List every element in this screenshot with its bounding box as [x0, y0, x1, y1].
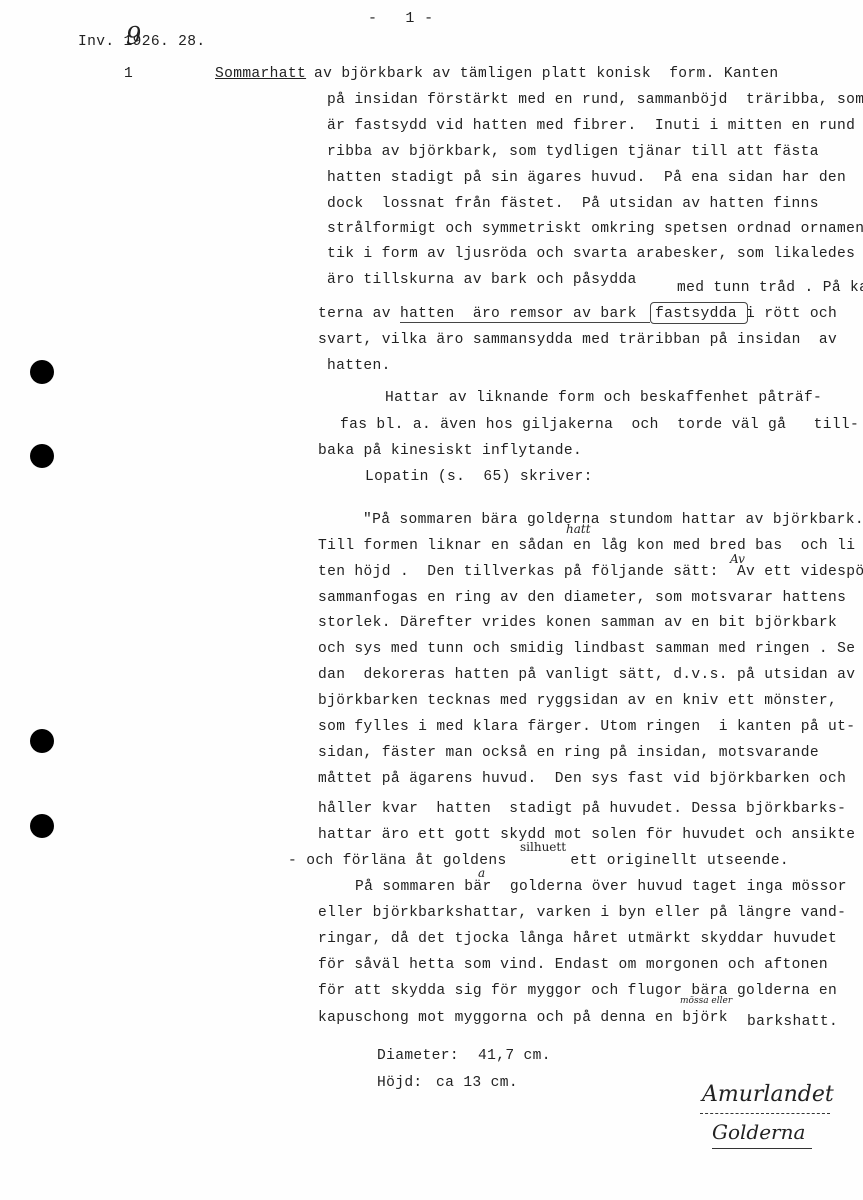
punch-hole-3	[30, 729, 54, 753]
fastsydda-box	[650, 302, 748, 324]
text-line: hatten.	[327, 357, 391, 375]
text-line: dan dekoreras hatten på vanligt sätt, d.…	[318, 666, 855, 684]
height-value: ca 13 cm.	[436, 1074, 518, 1092]
text-line: och sys med tunn och smidig lindbast sam…	[318, 640, 855, 658]
text-line: är fastsydd vid hatten med fibrer. Inuti…	[327, 117, 855, 135]
text-line: för såväl hetta som vind. Endast om morg…	[318, 956, 828, 974]
text-line: ribba av björkbark, som tydligen tjänar …	[327, 143, 819, 161]
text-line: hatten stadigt på sin ägares huvud. På e…	[327, 169, 846, 187]
text-line: På sommaren bär golderna över huvud tage…	[355, 878, 847, 896]
text-line: kapuschong mot myggorna och på denna en …	[318, 1009, 728, 1027]
item-title: Sommarhatt	[215, 65, 306, 83]
diameter-value: 41,7 cm.	[478, 1047, 551, 1065]
annotation-a: a	[478, 866, 485, 880]
text-line: sammanfogas en ring av den diameter, som…	[318, 589, 846, 607]
signature-amurlandet: Amurlandet	[702, 1082, 834, 1107]
text-line: håller kvar hatten stadigt på huvudet. D…	[318, 800, 846, 818]
text-line: - och förläna åt goldens ett originellt …	[288, 852, 789, 870]
text-line: björkbarken tecknas med ryggsidan av en …	[318, 692, 837, 710]
signature-underline	[712, 1148, 812, 1149]
text-line: "På sommaren bära golderna stundom hatta…	[363, 511, 863, 529]
signature-golderna: Golderna	[712, 1120, 805, 1144]
text-line: fas bl. a. även hos giljakerna och torde…	[340, 416, 859, 434]
text-line: med tunn tråd . På kan	[677, 279, 863, 297]
text-line: måttet på ägarens huvud. Den sys fast vi…	[318, 770, 846, 788]
text-line: Hattar av liknande form och beskaffenhet…	[385, 389, 822, 407]
text-line: dock lossnat från fästet. På utsidan av …	[327, 195, 819, 213]
punch-hole-1	[30, 360, 54, 384]
inv-correction: 9	[126, 22, 141, 50]
text-line: äro tillskurna av bark och påsydda	[327, 271, 637, 289]
text-line: tik i form av ljusröda och svarta arabes…	[327, 245, 855, 263]
height-label: Höjd:	[377, 1074, 423, 1092]
text-line: på insidan förstärkt med en rund, samman…	[327, 91, 863, 109]
annotation-silhuett: silhuett	[520, 840, 566, 854]
annotation-av: Av	[730, 552, 745, 566]
text-line: Lopatin (s. 65) skriver:	[365, 468, 593, 486]
text-line: baka på kinesiskt inflytande.	[318, 442, 582, 460]
text-line: som fylles i med klara färger. Utom ring…	[318, 718, 855, 736]
text-line: eller björkbarkshattar, varken i byn ell…	[318, 904, 846, 922]
text-line: av björkbark av tämligen platt konisk fo…	[314, 65, 779, 83]
annotation-hatt: hatt	[566, 522, 591, 536]
inventory-number: Inv. 1926. 28.	[78, 33, 206, 51]
text-line: ringar, då det tjocka långa håret utmärk…	[318, 930, 837, 948]
text-line: för att skydda sig för myggor och flugor…	[318, 982, 837, 1000]
text-line: Till formen liknar en sådan en låg kon m…	[318, 537, 855, 555]
annotation-mossa-eller: mössa eller	[680, 996, 732, 1006]
punch-hole-4	[30, 814, 54, 838]
text-line: sidan, fäster man också en ring på insid…	[318, 744, 819, 762]
text-line: storlek. Därefter vrides konen samman av…	[318, 614, 837, 632]
text-line: terna av hatten äro remsor av bark fasts…	[318, 305, 837, 323]
text-line: strålformigt och symmetriskt omkring spe…	[327, 220, 863, 238]
item-number: 1	[124, 65, 133, 83]
text-line: barkshatt.	[747, 1013, 838, 1031]
punch-hole-2	[30, 444, 54, 468]
diameter-label: Diameter:	[377, 1047, 459, 1065]
text-line: ten höjd . Den tillverkas på följande sä…	[318, 563, 863, 581]
text-line: hattar äro ett gott skydd mot solen för …	[318, 826, 855, 844]
text-line: svart, vilka äro sammansydda med träribb…	[318, 331, 837, 349]
underline-remsor	[400, 322, 650, 323]
signature-divider	[700, 1113, 830, 1114]
document-page: - 1 - Inv. 1926. 28. 9 1 Sommarhatt av b…	[0, 0, 863, 1200]
page-number: - 1 -	[368, 10, 433, 28]
